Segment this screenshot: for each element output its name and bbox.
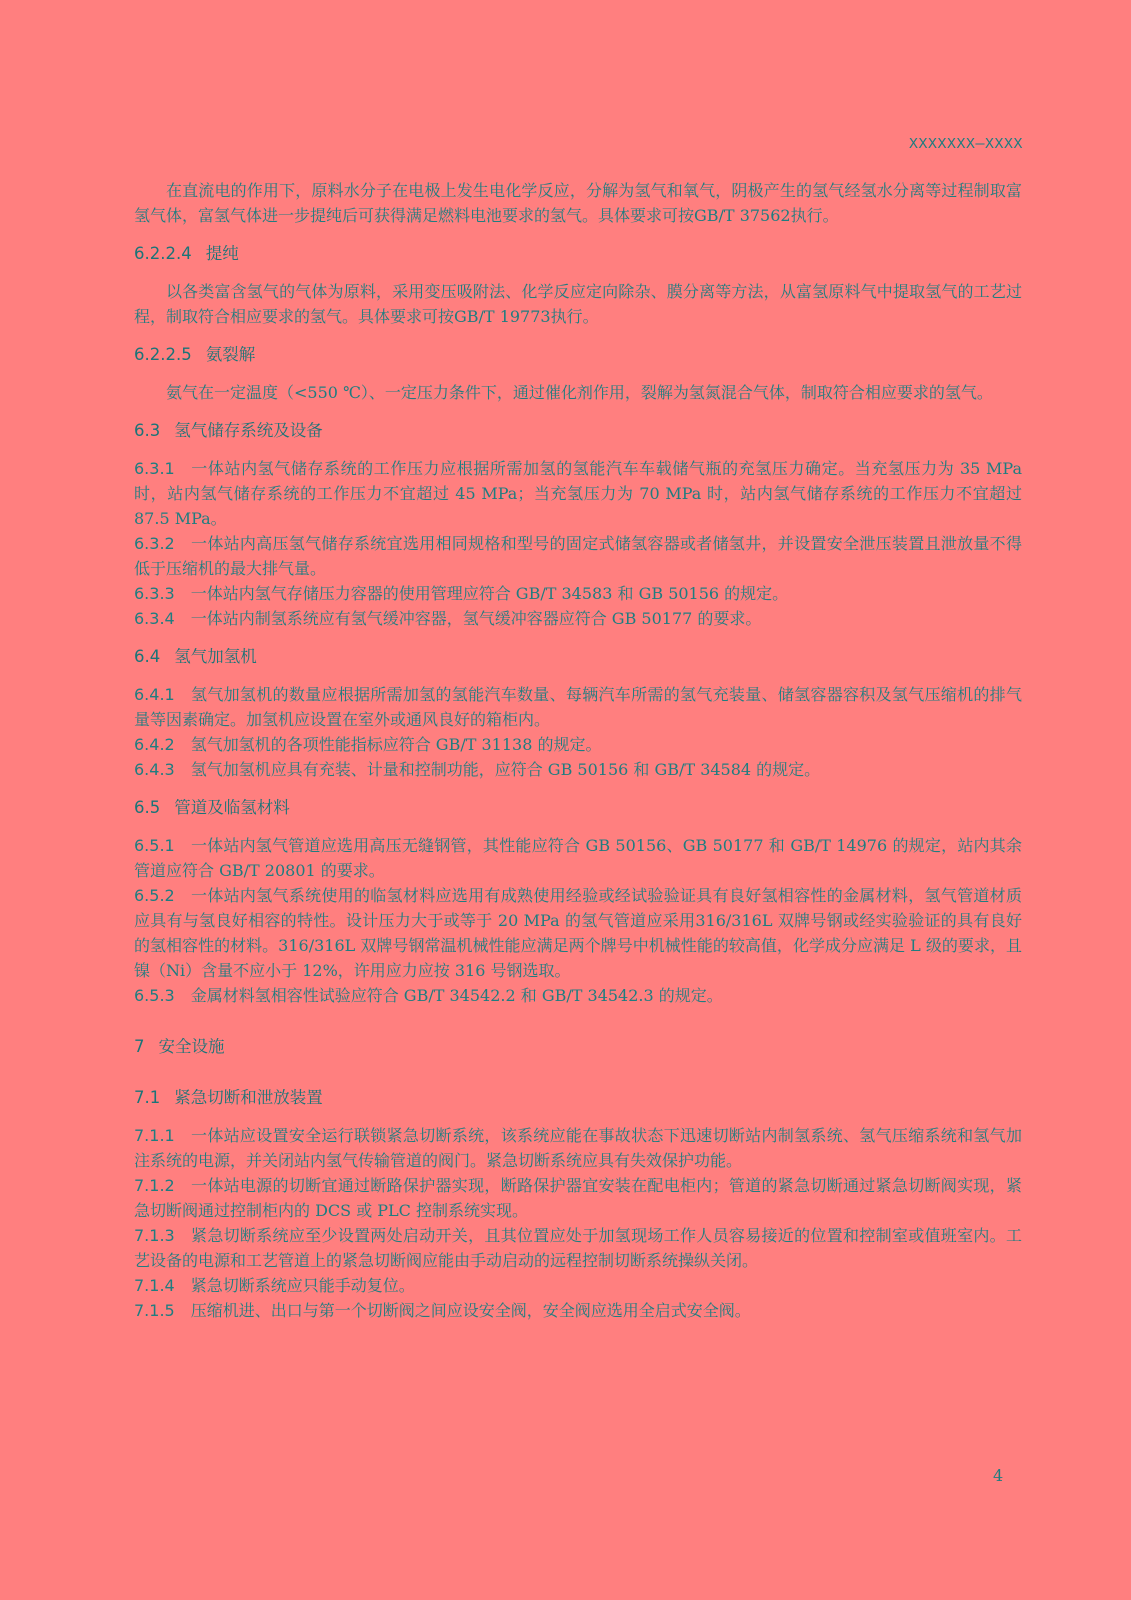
clause-text: 一体站内氢气存储压力容器的使用管理应符合 GB/T 34583 和 GB 501… — [191, 584, 788, 603]
clause-number: 6.4.2 — [134, 732, 175, 757]
clause-6-3-1: 6.3.1一体站内氢气储存系统的工作压力应根据所需加氢的氢能汽车车载储气瓶的充氢… — [134, 456, 1022, 531]
heading-number: 6.4 — [134, 644, 160, 669]
heading-6-4: 6.4氢气加氢机 — [134, 644, 1022, 669]
heading-7: 7安全设施 — [134, 1034, 1022, 1059]
clause-number: 7.1.3 — [134, 1223, 175, 1248]
document-code-header: XXXXXXX—XXXX — [909, 136, 1023, 153]
clause-6-4-2: 6.4.2氢气加氢机的各项性能指标应符合 GB/T 31138 的规定。 — [134, 732, 1022, 757]
clause-6-4-3: 6.4.3氢气加氢机应具有充装、计量和控制功能，应符合 GB 50156 和 G… — [134, 757, 1022, 782]
clause-text: 一体站内制氢系统应有氢气缓冲容器，氢气缓冲容器应符合 GB 50177 的要求。 — [191, 609, 762, 628]
clause-6-3-4: 6.3.4一体站内制氢系统应有氢气缓冲容器，氢气缓冲容器应符合 GB 50177… — [134, 606, 1022, 631]
heading-number: 6.2.2.4 — [134, 241, 192, 266]
clause-number: 7.1.5 — [134, 1298, 175, 1323]
paragraph-purification: 以各类富含氢气的气体为原料，采用变压吸附法、化学反应定向除杂、膜分离等方法，从富… — [134, 279, 1022, 329]
heading-6-2-2-4: 6.2.2.4提纯 — [134, 241, 1022, 266]
clause-7-1-5: 7.1.5压缩机进、出口与第一个切断阀之间应设安全阀，安全阀应选用全启式安全阀。 — [134, 1298, 1022, 1323]
heading-title: 氢气加氢机 — [174, 647, 257, 666]
clause-6-5-2: 6.5.2一体站内氢气系统使用的临氢材料应选用有成熟使用经验或经试验验证具有良好… — [134, 883, 1022, 983]
clause-text: 氢气加氢机应具有充装、计量和控制功能，应符合 GB 50156 和 GB/T 3… — [191, 760, 820, 779]
paragraph-electrolysis: 在直流电的作用下，原料水分子在电极上发生电化学反应，分解为氢气和氧气，阴极产生的… — [134, 178, 1022, 228]
clause-6-3-2: 6.3.2一体站内高压氢气储存系统宜选用相同规格和型号的固定式储氢容器或者储氢井… — [134, 531, 1022, 581]
heading-number: 6.3 — [134, 418, 160, 443]
clause-text: 紧急切断系统应至少设置两处启动开关，且其位置应处于加氢现场工作人员容易接近的位置… — [134, 1226, 1022, 1270]
heading-title: 氢气储存系统及设备 — [174, 421, 323, 440]
clause-7-1-4: 7.1.4紧急切断系统应只能手动复位。 — [134, 1273, 1022, 1298]
clause-number: 7.1.2 — [134, 1173, 175, 1198]
heading-6-3: 6.3氢气储存系统及设备 — [134, 418, 1022, 443]
heading-number: 6.5 — [134, 795, 160, 820]
heading-7-1: 7.1紧急切断和泄放装置 — [134, 1085, 1022, 1110]
clause-number: 6.5.1 — [134, 833, 175, 858]
clause-number: 6.3.3 — [134, 581, 175, 606]
heading-title: 安全设施 — [159, 1037, 225, 1056]
heading-number: 6.2.2.5 — [134, 342, 192, 367]
document-body: 在直流电的作用下，原料水分子在电极上发生电化学反应，分解为氢气和氧气，阴极产生的… — [134, 178, 1022, 1323]
clause-number: 6.4.1 — [134, 682, 175, 707]
clause-7-1-3: 7.1.3紧急切断系统应至少设置两处启动开关，且其位置应处于加氢现场工作人员容易… — [134, 1223, 1022, 1273]
heading-title: 氨裂解 — [206, 345, 256, 364]
clause-7-1-1: 7.1.1一体站应设置安全运行联锁紧急切断系统，该系统应能在事故状态下迅速切断站… — [134, 1123, 1022, 1173]
heading-6-5: 6.5管道及临氢材料 — [134, 795, 1022, 820]
clause-6-4-1: 6.4.1氢气加氢机的数量应根据所需加氢的氢能汽车数量、每辆汽车所需的氢气充装量… — [134, 682, 1022, 732]
clause-text: 氢气加氢机的数量应根据所需加氢的氢能汽车数量、每辆汽车所需的氢气充装量、储氢容器… — [134, 685, 1022, 729]
clause-number: 6.3.2 — [134, 531, 175, 556]
page-number: 4 — [993, 1466, 1003, 1485]
clause-6-5-3: 6.5.3金属材料氢相容性试验应符合 GB/T 34542.2 和 GB/T 3… — [134, 983, 1022, 1008]
clause-number: 6.5.2 — [134, 883, 175, 908]
clause-number: 6.3.1 — [134, 456, 175, 481]
clause-number: 7.1.1 — [134, 1123, 175, 1148]
clause-text: 金属材料氢相容性试验应符合 GB/T 34542.2 和 GB/T 34542.… — [191, 986, 723, 1005]
heading-number: 7 — [134, 1034, 145, 1059]
clause-6-5-1: 6.5.1一体站内氢气管道应选用高压无缝钢管，其性能应符合 GB 50156、G… — [134, 833, 1022, 883]
heading-title: 紧急切断和泄放装置 — [174, 1088, 323, 1107]
clause-text: 紧急切断系统应只能手动复位。 — [191, 1276, 415, 1295]
heading-number: 7.1 — [134, 1085, 160, 1110]
clause-number: 6.5.3 — [134, 983, 175, 1008]
clause-number: 6.4.3 — [134, 757, 175, 782]
heading-6-2-2-5: 6.2.2.5氨裂解 — [134, 342, 1022, 367]
clause-text: 一体站内氢气储存系统的工作压力应根据所需加氢的氢能汽车车载储气瓶的充氢压力确定。… — [134, 459, 1022, 528]
clause-6-3-3: 6.3.3一体站内氢气存储压力容器的使用管理应符合 GB/T 34583 和 G… — [134, 581, 1022, 606]
heading-title: 提纯 — [206, 244, 239, 263]
paragraph-ammonia-cracking: 氨气在一定温度（<550 ℃）、一定压力条件下，通过催化剂作用，裂解为氢氮混合气… — [134, 380, 1022, 405]
clause-text: 一体站电源的切断宜通过断路保护器实现，断路保护器宜安装在配电柜内；管道的紧急切断… — [134, 1176, 1022, 1220]
clause-text: 一体站内高压氢气储存系统宜选用相同规格和型号的固定式储氢容器或者储氢井，并设置安… — [134, 534, 1022, 578]
clause-number: 6.3.4 — [134, 606, 175, 631]
clause-text: 压缩机进、出口与第一个切断阀之间应设安全阀，安全阀应选用全启式安全阀。 — [191, 1301, 751, 1320]
heading-title: 管道及临氢材料 — [174, 798, 290, 817]
clause-text: 一体站内氢气系统使用的临氢材料应选用有成熟使用经验或经试验验证具有良好氢相容性的… — [134, 886, 1022, 980]
clause-text: 一体站内氢气管道应选用高压无缝钢管，其性能应符合 GB 50156、GB 501… — [134, 836, 1022, 880]
clause-7-1-2: 7.1.2一体站电源的切断宜通过断路保护器实现，断路保护器宜安装在配电柜内；管道… — [134, 1173, 1022, 1223]
clause-number: 7.1.4 — [134, 1273, 175, 1298]
clause-text: 一体站应设置安全运行联锁紧急切断系统，该系统应能在事故状态下迅速切断站内制氢系统… — [134, 1126, 1022, 1170]
clause-text: 氢气加氢机的各项性能指标应符合 GB/T 31138 的规定。 — [191, 735, 602, 754]
